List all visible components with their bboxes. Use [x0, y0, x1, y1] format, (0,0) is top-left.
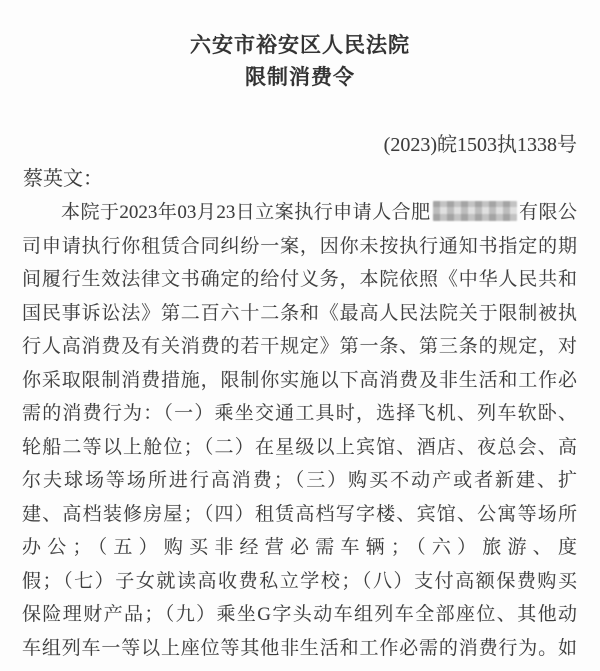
body-line-1-pre: 本院于2023年03月23日立案执行申请人合肥 [61, 202, 431, 223]
body-line-14: 车组列车一等以上座位等其他非生活和工作必需的消费行为。如 [22, 632, 577, 666]
body-line-13: 保险理财产品；（九）乘坐G字头动车组列车全部座位、其他动 [22, 598, 577, 632]
case-number: (2023)皖1503执1338号 [384, 133, 577, 157]
court-name-heading: 六安市裕安区人民法院 [0, 33, 600, 57]
body-line-4: 国民事诉讼法》第二百六十二条和《最高人民法院关于限制被执 [22, 297, 577, 331]
court-document-page: 六安市裕安区人民法院 限制消费令 (2023)皖1503执1338号 蔡英文： … [0, 0, 600, 671]
body-line-8: 轮船二等以上舱位；（二）在星级以上宾馆、酒店、夜总会、高 [22, 431, 577, 465]
body-line-1: 本院于2023年03月23日立案执行申请人合肥有限公 [22, 196, 577, 230]
body-line-1-post: 有限公 [519, 202, 577, 223]
addressee-name: 蔡英文： [23, 167, 103, 191]
body-line-2: 司申请执行你租赁合同纠纷一案，因你未按执行通知书指定的期 [22, 230, 577, 264]
body-line-11: 办公；（五）购买非经营必需车辆；（六）旅游、度 [22, 531, 577, 565]
document-title: 限制消费令 [0, 65, 600, 89]
redacted-company-name [433, 201, 517, 221]
body-line-3: 间履行生效法律文书确定的给付义务，本院依照《中华人民共和 [22, 263, 577, 297]
body-line-7: 需的消费行为：（一）乘坐交通工具时，选择飞机、列车软卧、 [22, 397, 577, 431]
body-line-9: 尔夫球场等场所进行高消费；（三）购买不动产或者新建、扩 [22, 464, 577, 498]
body-line-6: 你采取限制消费措施，限制你实施以下高消费及非生活和工作必 [22, 364, 577, 398]
body-line-12: 假；（七）子女就读高收费私立学校；（八）支付高额保费购买 [22, 565, 577, 599]
body-line-10: 建、高档装修房屋；（四）租赁高档写字楼、宾馆、公寓等场所 [22, 498, 577, 532]
document-body: 本院于2023年03月23日立案执行申请人合肥有限公 司申请执行你租赁合同纠纷一… [22, 196, 577, 665]
body-line-5: 行人高消费及有关消费的若干规定》第一条、第三条的规定，对 [22, 330, 577, 364]
